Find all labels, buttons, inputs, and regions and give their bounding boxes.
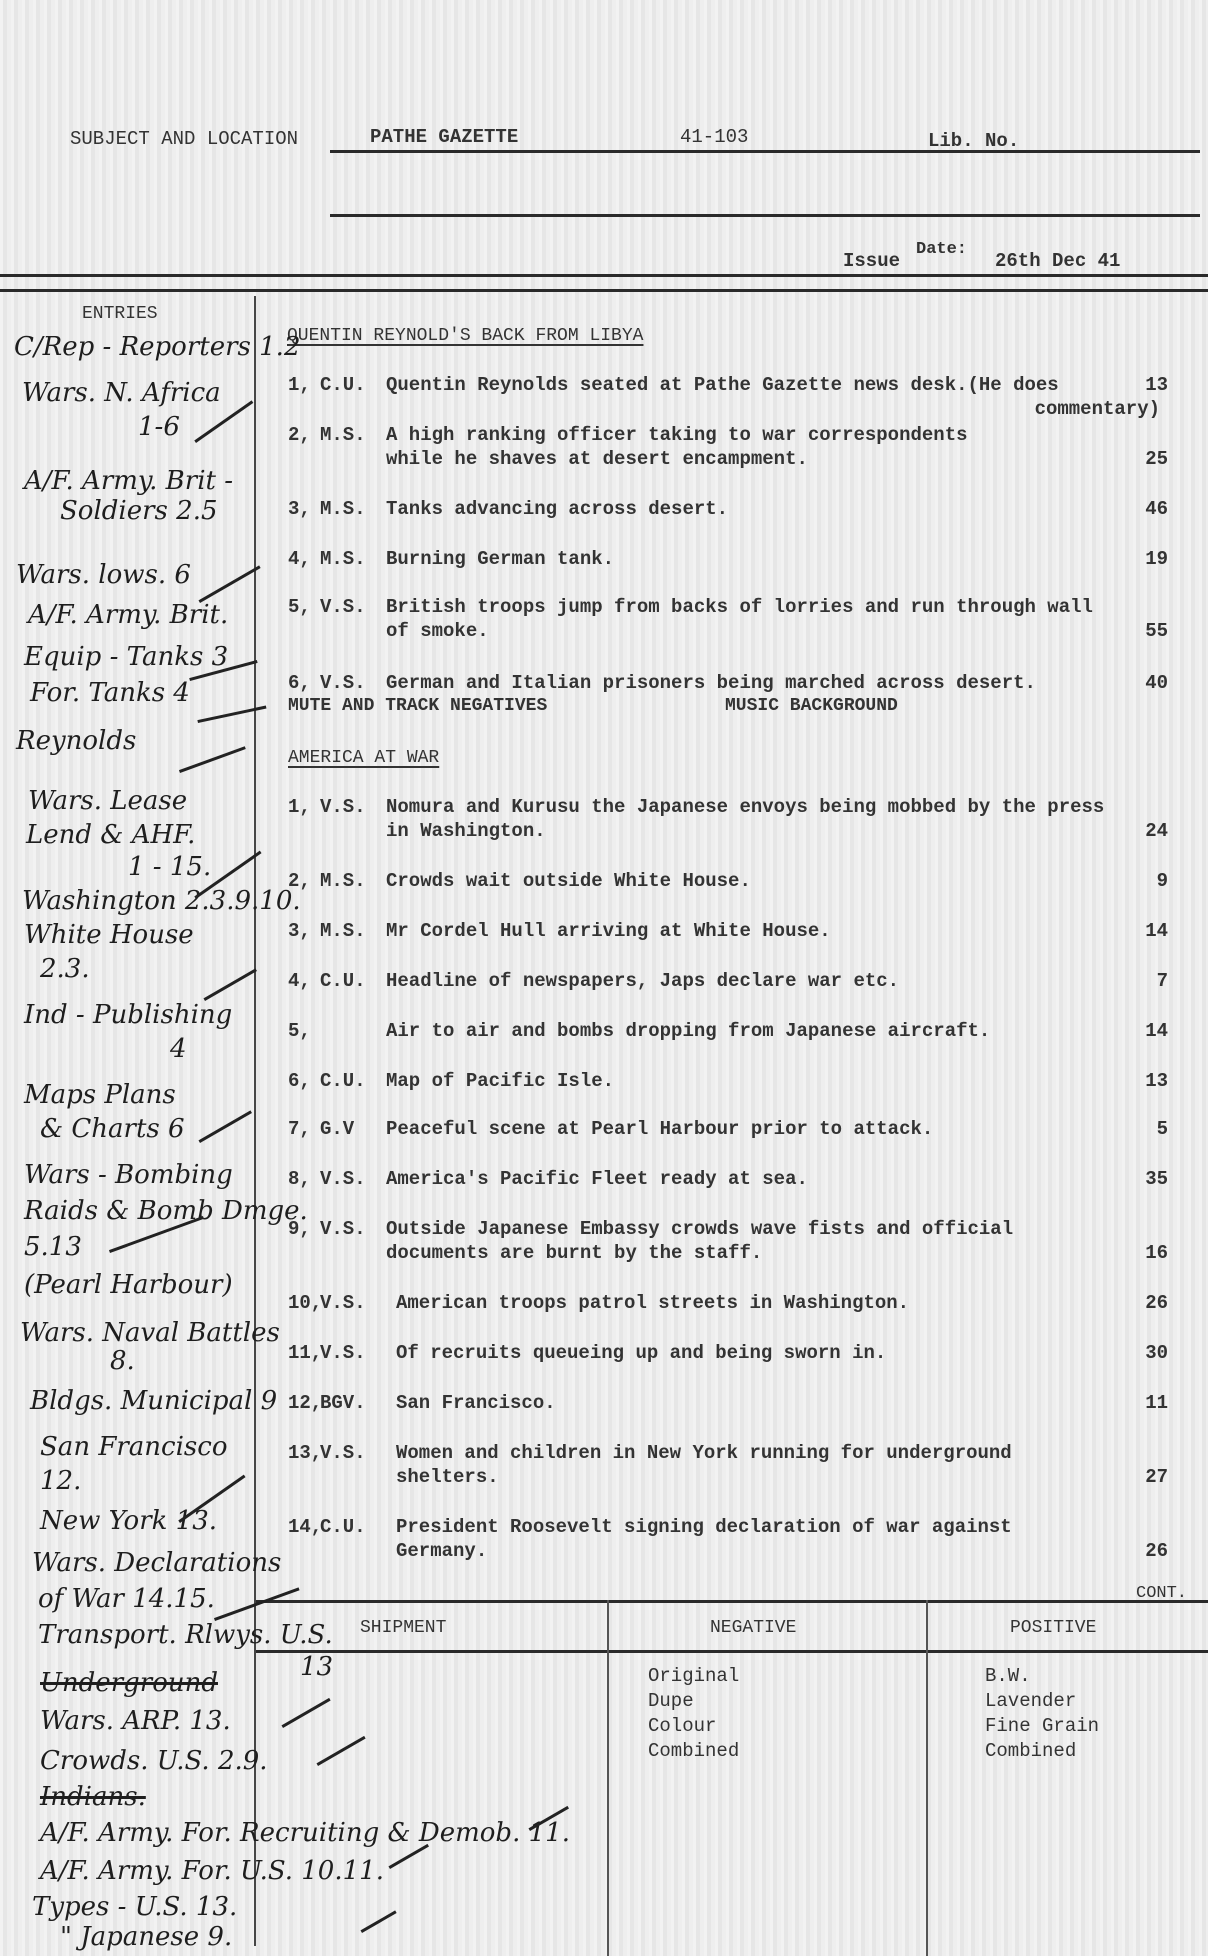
handwritten-entry: 2.3. bbox=[40, 954, 90, 984]
negative-option: Original bbox=[648, 1665, 739, 1690]
handwritten-entry: For. Tanks 4 bbox=[30, 678, 190, 708]
shot-length: 40 bbox=[1108, 672, 1168, 694]
table-col-divider-1 bbox=[607, 1600, 609, 1956]
shot-description-continued: of smoke. bbox=[386, 620, 489, 642]
shot-description: Outside Japanese Embassy crowds wave fis… bbox=[386, 1218, 1013, 1240]
handwritten-entry: Wars - Bombing bbox=[24, 1160, 233, 1190]
handwritten-entry: 1 - 15. bbox=[128, 852, 211, 882]
shot-type: C.U. bbox=[320, 970, 366, 992]
shipment-header: SHIPMENT bbox=[360, 1618, 446, 1638]
shot-description-continued: Germany. bbox=[396, 1540, 487, 1562]
shot-number: 3, bbox=[288, 498, 311, 520]
shot-length: 16 bbox=[1108, 1242, 1168, 1264]
shot-description: Tanks advancing across desert. bbox=[386, 498, 728, 520]
lib-no-label: Lib. No. bbox=[928, 130, 1019, 152]
shot-type: V.S. bbox=[320, 1292, 366, 1314]
negative-option: Dupe bbox=[648, 1690, 739, 1715]
shot-number: 1, bbox=[288, 796, 311, 818]
shot-type: C.U. bbox=[320, 374, 366, 396]
handwritten-entry: A/F. Army. For. Recruiting & Demob. 11. bbox=[40, 1818, 570, 1848]
shot-length: 9 bbox=[1108, 870, 1168, 892]
shot-description: Women and children in New York running f… bbox=[396, 1442, 1012, 1464]
handwritten-entry: Maps Plans bbox=[24, 1080, 176, 1110]
company-name: PATHE GAZETTE bbox=[370, 126, 518, 148]
header-rule-1 bbox=[330, 150, 1200, 153]
shot-type: V.S. bbox=[320, 1442, 366, 1464]
shot-length: 55 bbox=[1108, 620, 1168, 642]
shot-type: BGV. bbox=[320, 1392, 366, 1414]
shot-description: German and Italian prisoners being march… bbox=[386, 672, 1036, 694]
shot-number: 6, bbox=[288, 1070, 311, 1092]
shot-length: 13 bbox=[1108, 374, 1168, 396]
handwritten-entry: Equip - Tanks 3 bbox=[24, 642, 228, 672]
shot-length: 11 bbox=[1108, 1392, 1168, 1414]
entries-divider bbox=[254, 296, 256, 1946]
handwritten-entry: " Japanese 9. bbox=[60, 1922, 232, 1952]
handwritten-entry: Types - U.S. 13. bbox=[32, 1892, 237, 1922]
shot-number: 5, bbox=[288, 1020, 311, 1042]
shot-type: M.S. bbox=[320, 498, 366, 520]
shot-description: Nomura and Kurusu the Japanese envoys be… bbox=[386, 796, 1104, 818]
handwritten-entry: & Charts 6 bbox=[40, 1114, 185, 1144]
shot-description: Burning German tank. bbox=[386, 548, 614, 570]
shot-length: 24 bbox=[1108, 820, 1168, 842]
handwritten-entry: Underground bbox=[40, 1668, 218, 1698]
handwritten-entry: Crowds. U.S. 2.9. bbox=[40, 1746, 268, 1776]
handwritten-entry: Wars. Lease bbox=[28, 786, 187, 816]
handwritten-entry: 5.13 bbox=[24, 1232, 82, 1262]
shot-description: Quentin Reynolds seated at Pathe Gazette… bbox=[386, 374, 1059, 396]
shot-description: America's Pacific Fleet ready at sea. bbox=[386, 1168, 808, 1190]
check-mark-icon bbox=[282, 1698, 331, 1728]
handwritten-entry: C/Rep - Reporters 1.2 bbox=[14, 332, 300, 362]
issue-label: Issue bbox=[843, 250, 900, 272]
shot-description-continued: documents are burnt by the staff. bbox=[386, 1242, 762, 1264]
shot-description: President Roosevelt signing declaration … bbox=[396, 1516, 1012, 1538]
shot-length: 5 bbox=[1108, 1118, 1168, 1140]
shot-length: 35 bbox=[1108, 1168, 1168, 1190]
shot-type: M.S. bbox=[320, 548, 366, 570]
handwritten-entry: A/F. Army. Brit - bbox=[24, 466, 233, 496]
shot-number: 4, bbox=[288, 970, 311, 992]
handwritten-entry: Raids & Bomb Dmge. bbox=[24, 1196, 308, 1226]
handwritten-entry: Ind - Publishing bbox=[24, 1000, 232, 1030]
negative-option: Combined bbox=[648, 1740, 739, 1765]
shot-description: Mr Cordel Hull arriving at White House. bbox=[386, 920, 831, 942]
music-background-label: MUSIC BACKGROUND bbox=[725, 696, 898, 716]
shot-length: 14 bbox=[1108, 1020, 1168, 1042]
handwritten-entry: Wars. Naval Battles bbox=[20, 1318, 280, 1348]
handwritten-entry: 8. bbox=[110, 1346, 135, 1376]
check-mark-icon bbox=[204, 968, 257, 1001]
main-rule-top-2 bbox=[0, 289, 1208, 292]
shot-description-continued: while he shaves at desert encampment. bbox=[386, 448, 808, 470]
shot-type: V.S. bbox=[320, 1218, 366, 1240]
shot-length: 26 bbox=[1108, 1540, 1168, 1562]
shot-type: M.S. bbox=[320, 424, 366, 446]
positive-option: B.W. bbox=[985, 1665, 1099, 1690]
shot-length: 25 bbox=[1108, 448, 1168, 470]
subject-label: SUBJECT AND LOCATION bbox=[70, 128, 298, 150]
negative-option: Colour bbox=[648, 1715, 739, 1740]
header-rule-2 bbox=[330, 214, 1200, 217]
handwritten-entry: Indians. bbox=[40, 1782, 146, 1812]
check-mark-icon bbox=[199, 565, 261, 603]
shot-description: Peaceful scene at Pearl Harbour prior to… bbox=[386, 1118, 933, 1140]
check-mark-icon bbox=[197, 706, 266, 723]
shot-number: 8, bbox=[288, 1168, 311, 1190]
shot-description: Headline of newspapers, Japs declare war… bbox=[386, 970, 899, 992]
shot-number: 1, bbox=[288, 374, 311, 396]
handwritten-entry: A/F. Army. Brit. bbox=[28, 600, 228, 630]
handwritten-entry: 4 bbox=[170, 1034, 187, 1064]
handwritten-entry: Transport. Rlwys. U.S. bbox=[38, 1620, 333, 1650]
main-rule-top bbox=[0, 274, 1208, 277]
shot-length: 14 bbox=[1108, 920, 1168, 942]
shot-type: V.S. bbox=[320, 1342, 366, 1364]
issue-number: 41-103 bbox=[680, 126, 748, 148]
shot-number: 10, bbox=[288, 1292, 322, 1314]
shot-description: Of recruits queueing up and being sworn … bbox=[396, 1342, 886, 1364]
positive-option: Lavender bbox=[985, 1690, 1099, 1715]
shot-length: 30 bbox=[1108, 1342, 1168, 1364]
negative-options: Original Dupe Colour Combined bbox=[648, 1665, 739, 1765]
handwritten-entry: Wars. N. Africa bbox=[22, 378, 221, 408]
negative-header: NEGATIVE bbox=[710, 1618, 796, 1638]
shot-number: 14, bbox=[288, 1516, 322, 1538]
handwritten-entry: (Pearl Harbour) bbox=[24, 1270, 233, 1300]
handwritten-entry: 13 bbox=[300, 1652, 333, 1682]
shot-number: 7, bbox=[288, 1118, 311, 1140]
entries-label: ENTRIES bbox=[82, 304, 158, 324]
handwritten-entry: Reynolds bbox=[16, 726, 136, 756]
positive-header: POSITIVE bbox=[1010, 1618, 1096, 1638]
handwritten-entry: Wars. ARP. 13. bbox=[40, 1706, 231, 1736]
shot-number: 13, bbox=[288, 1442, 322, 1464]
shot-type: C.U. bbox=[320, 1516, 366, 1538]
shot-number: 12, bbox=[288, 1392, 322, 1414]
shot-description: Air to air and bombs dropping from Japan… bbox=[386, 1020, 990, 1042]
shot-description: British troops jump from backs of lorrie… bbox=[386, 596, 1093, 618]
story-title-2: AMERICA AT WAR bbox=[288, 748, 439, 768]
shot-number: 2, bbox=[288, 424, 311, 446]
handwritten-entry: Lend & AHF. bbox=[26, 820, 195, 850]
handwritten-entry: Wars. lows. 6 bbox=[16, 560, 191, 590]
shot-length: 26 bbox=[1108, 1292, 1168, 1314]
handwritten-entry: Washington 2.3.9.10. bbox=[22, 886, 301, 916]
handwritten-entry: 1-6 bbox=[138, 412, 180, 442]
check-mark-icon bbox=[317, 1736, 366, 1766]
check-mark-icon bbox=[199, 1110, 252, 1143]
shot-number: 6, bbox=[288, 672, 311, 694]
handwritten-entry: Wars. Declarations bbox=[32, 1548, 281, 1578]
handwritten-entry: San Francisco bbox=[40, 1432, 227, 1462]
shot-type: G.V bbox=[320, 1118, 354, 1140]
story-title-1: QUENTIN REYNOLD'S BACK FROM LIBYA bbox=[287, 326, 643, 346]
shot-number: 5, bbox=[288, 596, 311, 618]
shot-type: V.S. bbox=[320, 796, 366, 818]
shot-type: C.U. bbox=[320, 1070, 366, 1092]
positive-option: Combined bbox=[985, 1740, 1099, 1765]
shot-type: V.S. bbox=[320, 672, 366, 694]
check-mark-icon bbox=[214, 1587, 300, 1621]
shot-length: 27 bbox=[1108, 1466, 1168, 1488]
shot-type: V.S. bbox=[320, 596, 366, 618]
check-mark-icon bbox=[179, 746, 246, 773]
handwritten-entry: White House bbox=[24, 920, 194, 950]
positive-options: B.W. Lavender Fine Grain Combined bbox=[985, 1665, 1099, 1765]
shot-type: M.S. bbox=[320, 920, 366, 942]
date-label: Date: bbox=[916, 240, 967, 259]
shot-type: M.S. bbox=[320, 870, 366, 892]
positive-option: Fine Grain bbox=[985, 1715, 1099, 1740]
shot-length: 13 bbox=[1108, 1070, 1168, 1092]
shot-description-continued: in Washington. bbox=[386, 820, 546, 842]
shot-number: 4, bbox=[288, 548, 311, 570]
handwritten-entry: Soldiers 2.5 bbox=[60, 496, 218, 526]
handwritten-entry: Bldgs. Municipal 9 bbox=[30, 1386, 277, 1416]
shot-number: 3, bbox=[288, 920, 311, 942]
table-rule-header bbox=[256, 1650, 1208, 1653]
shot-description: San Francisco. bbox=[396, 1392, 556, 1414]
handwritten-entry: 12. bbox=[40, 1466, 81, 1496]
table-col-divider-2 bbox=[926, 1600, 928, 1956]
issue-date: 26th Dec 41 bbox=[995, 250, 1120, 272]
handwritten-entry: A/F. Army. For. U.S. 10.11. bbox=[40, 1856, 384, 1886]
shot-number: 11, bbox=[288, 1342, 322, 1364]
shot-description: American troops patrol streets in Washin… bbox=[396, 1292, 909, 1314]
table-rule-top bbox=[256, 1600, 1208, 1603]
mute-track-label: MUTE AND TRACK NEGATIVES bbox=[288, 696, 547, 716]
shot-length: 7 bbox=[1108, 970, 1168, 992]
shot-length: 46 bbox=[1108, 498, 1168, 520]
shot-length: 19 bbox=[1108, 548, 1168, 570]
check-mark-icon bbox=[361, 1910, 397, 1933]
shot-description-continued: shelters. bbox=[396, 1466, 499, 1488]
shot-description-continued: commentary) bbox=[1035, 398, 1160, 420]
shot-description: Map of Pacific Isle. bbox=[386, 1070, 614, 1092]
shot-description: A high ranking officer taking to war cor… bbox=[386, 424, 968, 446]
shot-type: V.S. bbox=[320, 1168, 366, 1190]
handwritten-entry: of War 14.15. bbox=[38, 1584, 215, 1614]
shot-description: Crowds wait outside White House. bbox=[386, 870, 751, 892]
